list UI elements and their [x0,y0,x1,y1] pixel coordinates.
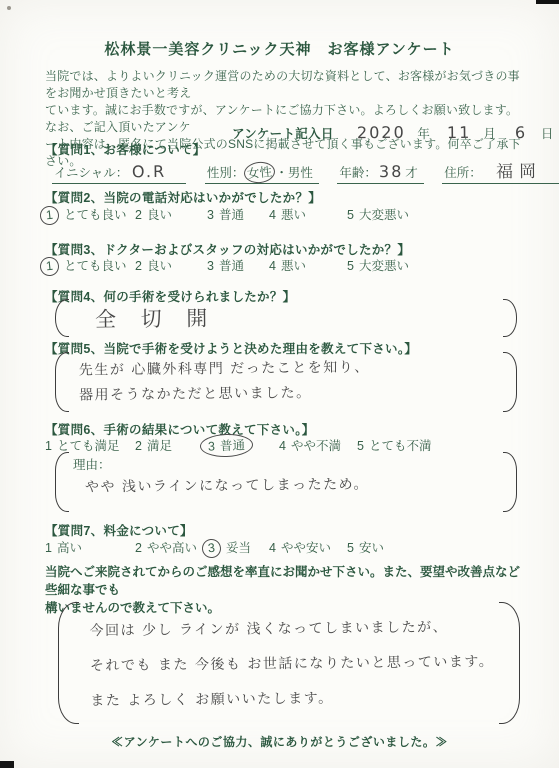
scan-artifact-bottom-left [0,761,14,768]
q1-initial-value: O.R [128,162,180,182]
q7-option-4-num: 4 [269,541,276,555]
date-label: アンケート記入日 [232,127,334,141]
q7-option-3-label: 妥当 [226,541,251,555]
q3-options: 1とても良い 2良い 3普通 4悪い 5大変悪い [45,256,409,274]
q3-option-2: 2良い [135,256,207,274]
q1-header: 【質問1、お客様について】 [45,140,206,158]
q3-option-3: 3普通 [207,256,269,274]
q2-selected-circle: 1 [39,205,60,226]
q1-gender-rest: ・男性 [275,166,313,180]
q7-options: 1高い 2やや高い 3妥当 4やや安い 5安い [45,538,384,556]
scan-artifact-top-right [536,0,559,4]
comment-prompt-line-1: 当院へご来院されてからのご感想を率直にお聞かせ下さい。また、要望や改善点など些細… [45,563,527,599]
q2-option-4-num: 4 [269,208,276,222]
survey-page: 松林景一美容クリニック天神 お客様アンケート 当院では、よりよいクリニック運営の… [0,0,559,768]
comment-right-bracket [499,602,520,724]
scan-artifact-top-left [7,6,11,10]
q6-reason-value: やや 浅いラインになってしまったため。 [85,474,369,497]
q3-option-4-num: 4 [269,259,276,273]
q2-option-5: 5大変悪い [347,205,409,223]
intro-line-1: 当院では、よりよいクリニック運営のための大切な資料として、お客様がお気づきの事を… [45,68,527,102]
page-title: 松林景一美容クリニック天神 お客様アンケート [0,38,559,59]
q1-gender-group: 性別：女性・男性 [205,166,319,184]
q7-option-2: 2やや高い [135,538,207,556]
comment-answer-text: 今回は 少し ラインが 浅くなってしまいましたが、 それでも また 今後も お世… [89,610,494,719]
q5-answer-box: 先生が 心臓外科専門 だったことを知り、 器用そうなかただと思いました。 [55,352,517,412]
q1-address-label: 住所： [444,166,482,180]
q3-option-3-num: 3 [207,259,214,273]
q3-option-5: 5大変悪い [347,256,409,274]
comment-left-bracket [58,602,79,724]
q2-option-3: 3普通 [207,205,269,223]
q6-option-5-num: 5 [357,439,364,453]
q2-option-3-label: 普通 [219,208,244,222]
q7-option-4: 4やや安い [269,538,347,556]
q2-option-1-label: とても良い [64,208,127,222]
date-day-value: 6 [515,123,527,142]
q7-option-5-num: 5 [347,541,354,555]
q3-option-5-label: 大変悪い [359,259,409,273]
q7-option-3: 3妥当 [207,538,269,556]
q2-option-2-num: 2 [135,208,142,222]
q2-option-2-label: 良い [147,208,172,222]
q7-header: 【質問7、料金について】 [45,521,193,539]
q1-age-group: 年齢：38才 [337,166,423,184]
date-year-unit: 年 [417,127,430,141]
q5-answer-text: 先生が 心臓外科専門 だったことを知り、 器用そうなかただと思いました。 [79,355,370,408]
q6-option-2-num: 2 [135,439,142,453]
q6-option-2-label: 満足 [147,439,172,453]
q2-header: 【質問2、当院の電話対応はいかがでしたか？】 [45,188,321,206]
q6-option-1-num: 1 [45,439,52,453]
q5-answer-line-1: 先生が 心臓外科専門 だったことを知り、 [79,355,370,383]
q6-option-3-label: 普通 [220,438,245,453]
q4-answer-box: 全 切 開 [55,299,517,337]
q1-gender-label: 性別： [207,166,245,180]
q1-address-value: 福岡 [482,157,559,183]
comment-answer-line-2: それでも また 今後も お世話になりたいと思っています。 [90,645,495,684]
q1-initial-label: イニシャル： [54,166,128,180]
q7-option-1: 1高い [45,538,135,556]
q7-option-2-num: 2 [135,541,142,555]
q5-left-bracket [55,352,69,412]
q4-answer-value: 全 切 開 [95,302,217,333]
q1-initial-group: イニシャル：O.R [52,166,186,184]
q6-reason-label: 理由： [73,455,111,473]
q6-left-bracket [55,452,69,512]
q6-reason-box: 理由： やや 浅いラインになってしまったため。 [55,452,517,512]
q2-option-5-label: 大変悪い [359,208,409,222]
q1-gender-selected: 女性 [243,160,276,184]
q3-selected-circle: 1 [39,256,60,277]
date-month-unit: 月 [483,127,496,141]
comment-answer-line-1: 今回は 少し ラインが 浅くなってしまいましたが、 [89,610,494,649]
q4-left-bracket [55,299,69,337]
q4-right-bracket [503,299,517,337]
q2-options: 1とても良い 2良い 3普通 4悪い 5大変悪い [45,205,409,223]
date-year-value: 2020 [357,123,406,143]
comment-answer-line-3: また よろしく お願いいたします。 [90,680,495,719]
q3-option-1-label: とても良い [64,259,127,273]
q3-option-1: 1とても良い [45,256,135,274]
date-month-value: 11 [447,123,472,142]
q1-age-unit: 才 [405,166,418,180]
q3-option-4: 4悪い [269,256,347,274]
q1-fields: イニシャル：O.R 性別：女性・男性 年齢：38才 住所：福岡都道府県 [52,157,559,183]
q3-option-2-num: 2 [135,259,142,273]
q2-option-5-num: 5 [347,208,354,222]
q1-age-label: 年齢： [339,166,377,180]
q7-option-1-num: 1 [45,541,52,555]
q6-option-5-label: とても不満 [369,439,432,453]
q1-age-value: 38 [377,162,406,181]
q2-option-4-label: 悪い [281,208,306,222]
q2-option-2: 2良い [135,205,207,223]
q7-option-5: 5安い [347,538,384,556]
footer-thanks: ≪アンケートへのご協力、誠にありがとうございました。≫ [0,733,559,750]
q6-option-4-num: 4 [279,439,286,453]
date-line: アンケート記入日 2020 年 11 月 6 日 [232,123,553,142]
q6-option-4-label: やや不満 [291,439,341,453]
q3-option-4-label: 悪い [281,259,306,273]
q6-right-bracket [503,452,517,512]
q7-option-5-label: 安い [359,541,384,555]
q7-option-1-label: 高い [57,541,82,555]
q7-option-4-label: やや安い [281,541,331,555]
date-day-unit: 日 [541,127,554,141]
q5-right-bracket [503,352,517,412]
comment-box: 今回は 少し ラインが 浅くなってしまいましたが、 それでも また 今後も お世… [58,602,520,724]
q7-option-2-label: やや高い [147,541,197,555]
q2-option-1: 1とても良い [45,205,135,223]
q2-option-3-num: 3 [207,208,214,222]
q6-option-1-label: とても満足 [57,439,120,453]
q2-option-4: 4悪い [269,205,347,223]
q3-option-5-num: 5 [347,259,354,273]
q1-address-group: 住所：福岡都道府県 [442,166,559,184]
q3-option-2-label: 良い [147,259,172,273]
q5-answer-line-2: 器用そうなかただと思いました。 [79,380,370,408]
q3-option-3-label: 普通 [219,259,244,273]
